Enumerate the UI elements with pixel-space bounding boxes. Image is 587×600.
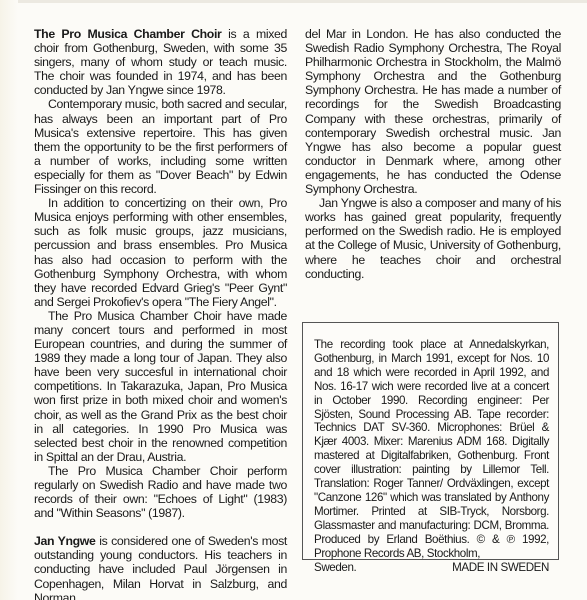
conductor-intro-paragraph: Jan Yngwe is considered one of Sweden's … — [34, 534, 287, 600]
credits-country: Sweden. — [314, 561, 356, 575]
conductor-continued-paragraph: del Mar in London. He has also conducted… — [305, 27, 561, 196]
composer-paragraph: Jan Yngwe is also a composer and many of… — [305, 196, 561, 281]
choir-intro-paragraph: The Pro Musica Chamber Choir is a mixed … — [34, 27, 287, 97]
ensembles-paragraph: In addition to concertizing on their own… — [34, 196, 287, 309]
page-fold-shadow — [0, 0, 18, 600]
repertoire-paragraph: Contemporary music, both sacred and secu… — [34, 97, 287, 196]
right-text-column: del Mar in London. He has also conducted… — [305, 27, 561, 281]
tours-paragraph: The Pro Musica Chamber Choir have made m… — [34, 309, 287, 464]
credits-footer: Sweden. MADE IN SWEDEN — [314, 561, 549, 575]
recording-credits-box: The recording took place at Annedalskyrk… — [302, 322, 559, 560]
made-in-sweden-label: MADE IN SWEDEN — [452, 561, 549, 575]
credits-body: The recording took place at Annedalskyrk… — [314, 338, 549, 561]
page-top-edge — [0, 0, 587, 3]
conductor-name-heading: Jan Yngwe — [34, 534, 96, 548]
radio-records-paragraph: The Pro Musica Chamber Choir perform reg… — [34, 464, 287, 520]
left-text-column: The Pro Musica Chamber Choir is a mixed … — [34, 27, 287, 600]
choir-name-heading: The Pro Musica Chamber Choir — [34, 27, 221, 41]
credits-text-block: The recording took place at Annedalskyrk… — [314, 338, 549, 574]
